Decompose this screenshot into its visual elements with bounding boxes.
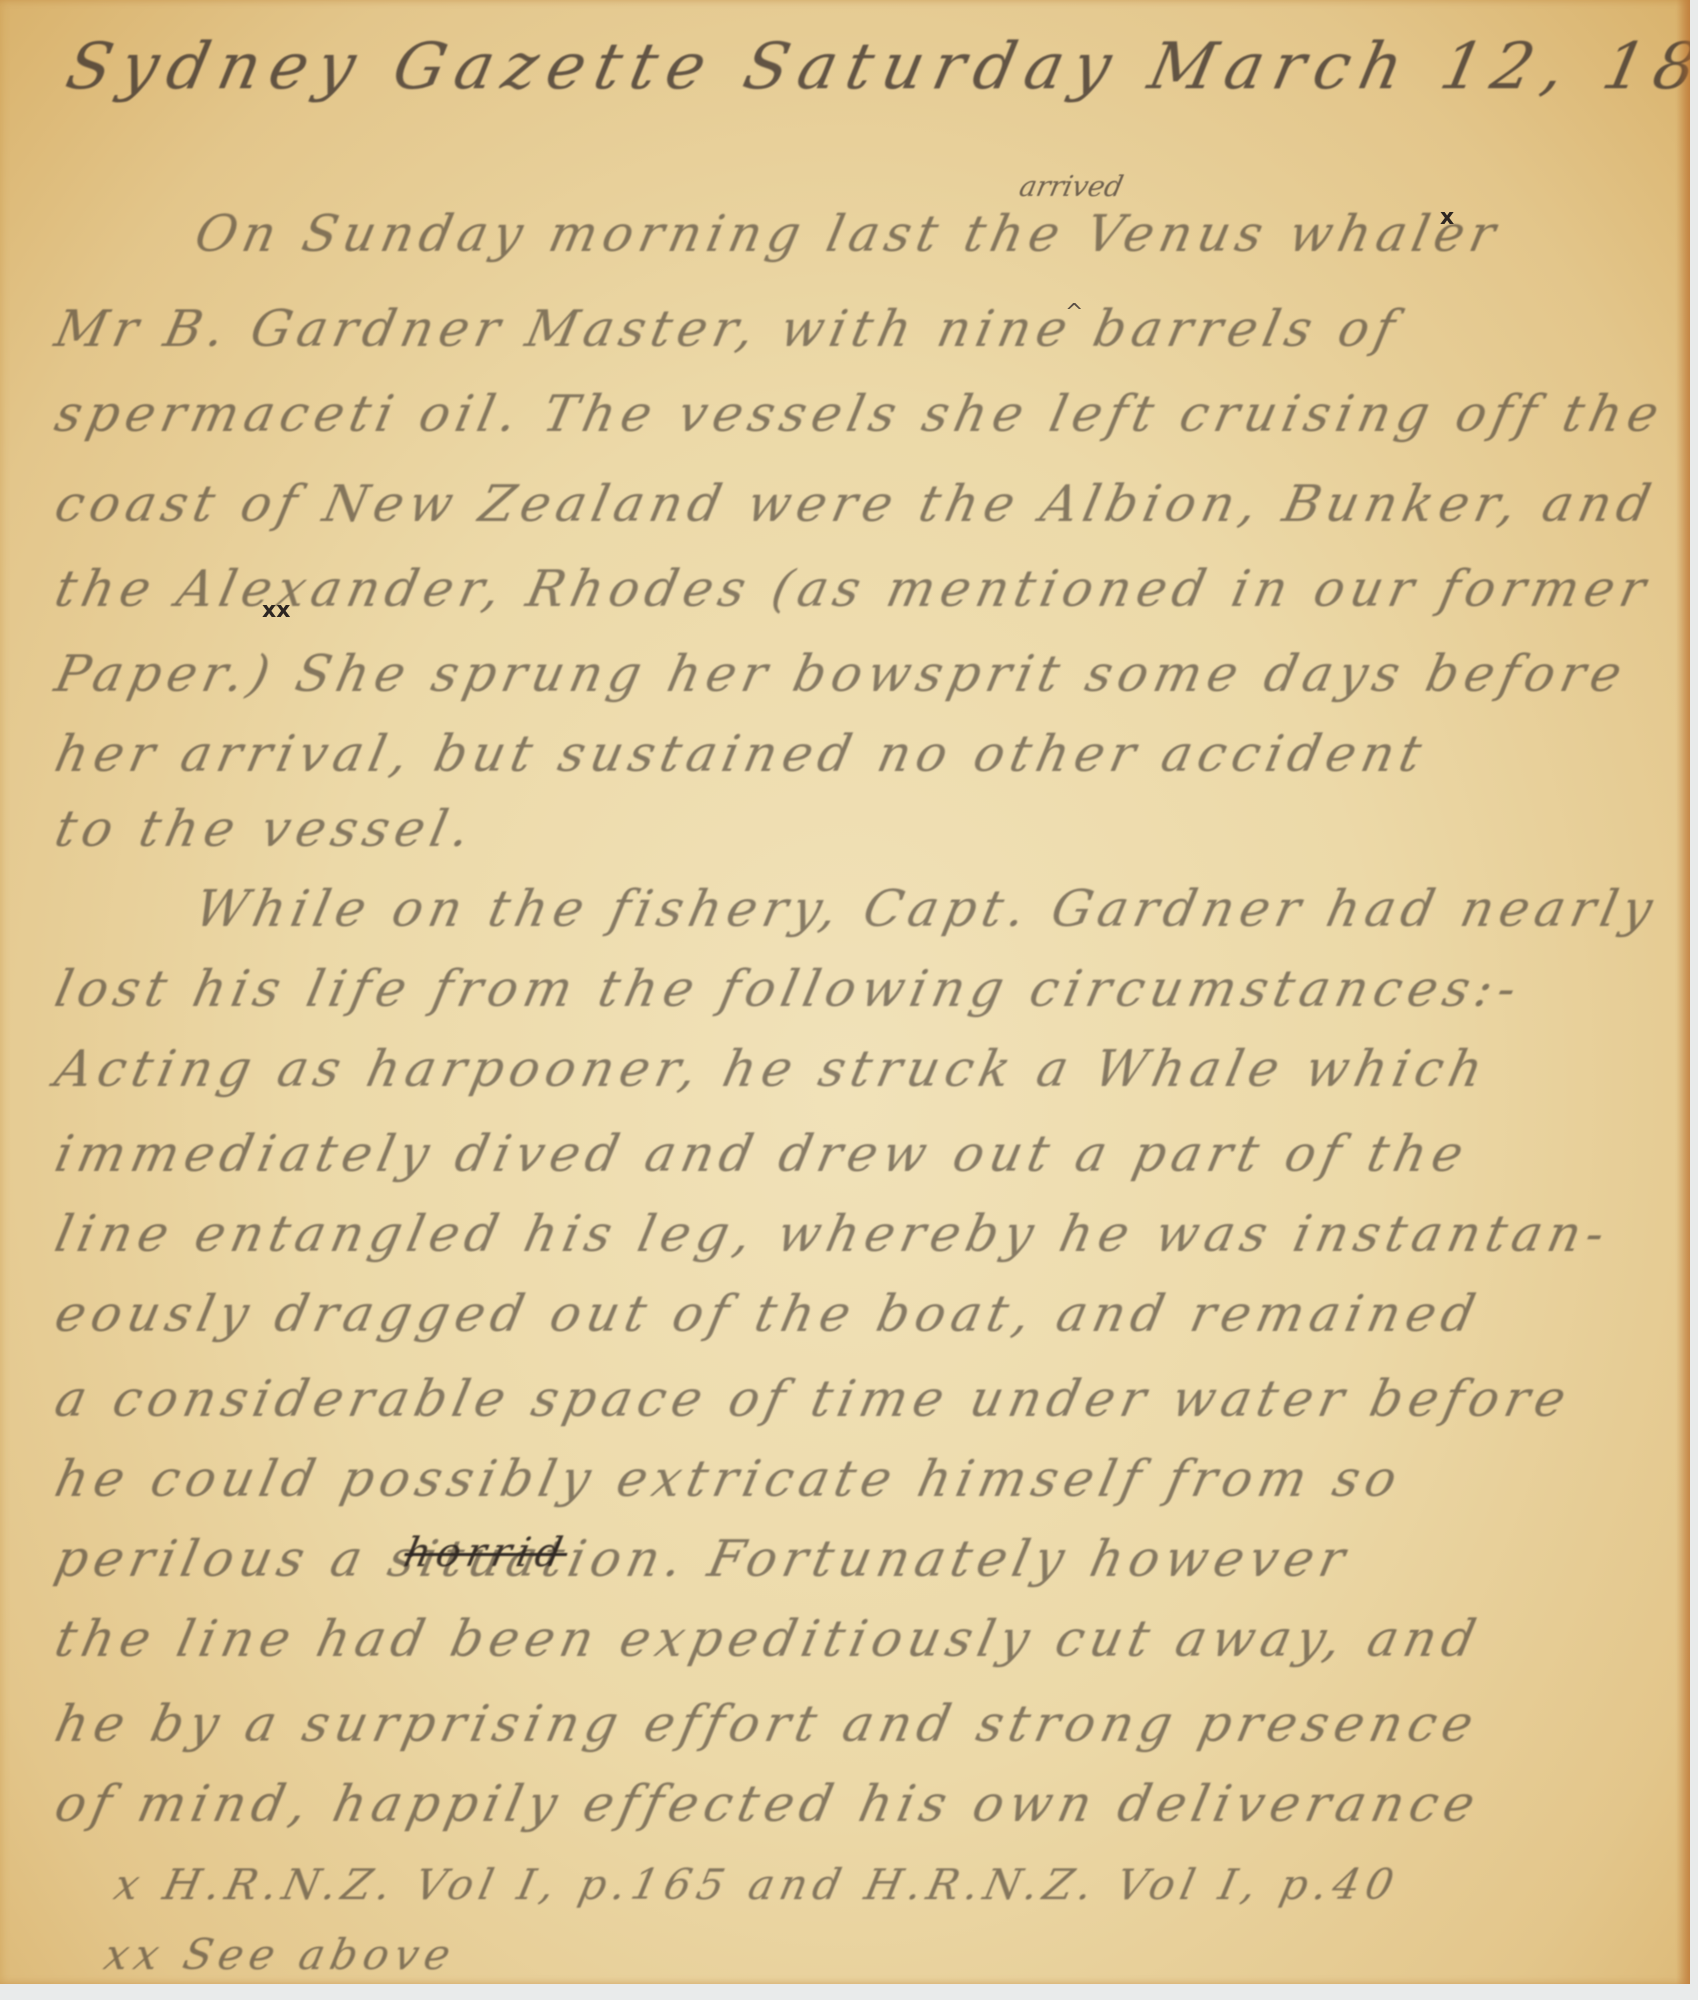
text-line-11: Acting as harpooner, he struck a Whale w… bbox=[50, 1040, 1494, 1098]
page-heading: Sydney Gazette Saturday March 12, 1803. bbox=[60, 30, 1690, 104]
text-line-3: spermaceti oil. The vessels she left cru… bbox=[50, 385, 1670, 443]
footnote-mark-paper: xx bbox=[262, 598, 290, 623]
text-line-1: On Sunday morning last the Venus whaler bbox=[190, 205, 1506, 263]
text-line-9: While on the fishery, Capt. Gardner had … bbox=[190, 880, 1663, 938]
text-line-16: he could possibly extricate himself from… bbox=[50, 1450, 1408, 1508]
text-line-5: the Alexander, Rhodes (as mentioned in o… bbox=[50, 560, 1656, 618]
text-line-8: to the vessel. bbox=[50, 800, 481, 858]
text-line-17: perilous a situation. Fortunately howeve… bbox=[50, 1530, 1356, 1588]
text-line-6: Paper.) She sprung her bowsprit some day… bbox=[50, 645, 1633, 703]
manuscript-page: Sydney Gazette Saturday March 12, 1803. … bbox=[0, 0, 1690, 1984]
text-line-7: her arrival, but sustained no other acci… bbox=[50, 725, 1432, 783]
text-line-18: the line had been expeditiously cut away… bbox=[50, 1610, 1487, 1668]
text-line-13: line entangled his leg, whereby he was i… bbox=[50, 1205, 1616, 1263]
footnote-2: xx See above bbox=[100, 1930, 461, 1979]
footnote-1: x H.R.N.Z. Vol I, p.165 and H.R.N.Z. Vol… bbox=[110, 1860, 1404, 1909]
insertion-note: arrived bbox=[1016, 170, 1126, 203]
text-line-15: a considerable space of time under water… bbox=[50, 1370, 1577, 1428]
text-line-4: coast of New Zealand were the Albion, Bu… bbox=[50, 475, 1661, 533]
text-line-2: Mr B. Gardner Master, with nine barrels … bbox=[50, 300, 1406, 358]
text-line-14: eously dragged out of the boat, and rema… bbox=[50, 1285, 1486, 1343]
struck-word: horrid bbox=[400, 1530, 572, 1576]
text-line-10: lost his life from the following circums… bbox=[50, 960, 1527, 1018]
text-line-12: immediately dived and drew out a part of… bbox=[50, 1125, 1474, 1183]
text-line-19: he by a surprising effort and strong pre… bbox=[50, 1695, 1484, 1753]
text-line-20: of mind, happily effected his own delive… bbox=[50, 1775, 1486, 1833]
